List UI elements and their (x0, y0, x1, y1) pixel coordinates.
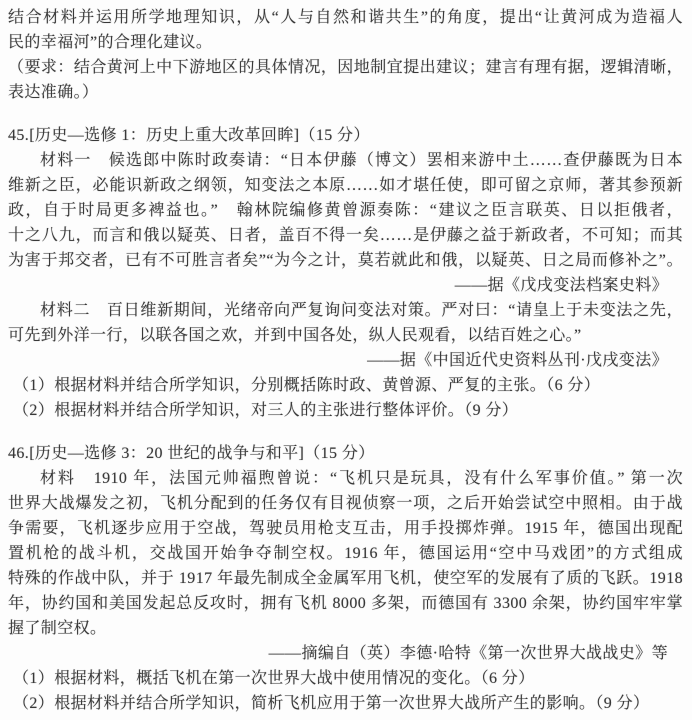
intro-line: 结合材料并运用所学地理知识，从“人与自然和谐共生”的角度，提出“让黄河成为造福人 (8, 5, 683, 30)
material-line: 材料 1910 年，法国元帅福煦曾说：“飞机只是玩具，没有什么军事价值。” 第一… (8, 466, 683, 491)
material-line: 争需要，飞机逐步应用于空战，驾驶员用枪支互击，用手投掷炸弹。1915 年，德国出… (8, 516, 683, 541)
material-1-line: 材料一 候选郎中陈时政奏请：“日本伊藤（博文）罢相来游中土……查伊藤既为日本 (8, 148, 683, 173)
material-line: 握了制空权。 (8, 616, 683, 641)
material-line: 特殊的作战中队，并于 1917 年最先制成全金属军用飞机，使空军的发展有了质的飞… (8, 566, 683, 591)
block-spacer (8, 423, 683, 441)
material-line: 世界大战爆发之初，飞机分配到的任务仅有目视侦察一项，之后开始尝试空中照相。由于战 (8, 491, 683, 516)
material-1-line: 十之八九，而言和俄以疑英、日者，盖百不得一矣……是伊藤之益于新政者，不可知；而其 (8, 223, 683, 248)
question-45-block: 45.[历史—选修 1：历史上重大改革回眸]（15 分） 材料一 候选郎中陈时政… (8, 123, 683, 423)
question-46-block: 46.[历史—选修 3：20 世纪的战争与和平]（15 分） 材料 1910 年… (8, 441, 683, 716)
material-line: 年，协约国和美国发起总反攻时，拥有飞机 8000 多架，而德国有 3300 余架… (8, 591, 683, 616)
source-citation: ——据《戊戌变法档案史料》 (8, 273, 683, 298)
question-46-heading: 46.[历史—选修 3：20 世纪的战争与和平]（15 分） (8, 441, 683, 466)
source-citation: ——据《中国近代史资料丛刊·戊戌变法》 (8, 348, 683, 373)
material-line: 置机枪的战斗机，交战国开始争夺制空权。1916 年，德国运用“空中马戏团”的方式… (8, 541, 683, 566)
material-1-line: 政，自于时局更多裨益也。” 翰林院编修黄曾源奏陈：“建议之臣言联英、日以拒俄者， (8, 198, 683, 223)
sub-question-2: （2）根据材料并结合所学知识，简析飞机应用于第一次世界大战所产生的影响。（9 分… (8, 691, 683, 716)
source-citation: ——摘编自（英）李德·哈特《第一次世界大战战史》等 (8, 641, 683, 666)
sub-question-1: （1）根据材料并结合所学知识，分别概括陈时政、黄曾源、严复的主张。（6 分） (8, 373, 683, 398)
intro-line: 民的幸福河”的合理化建议。 (8, 30, 683, 55)
question-45-heading: 45.[历史—选修 1：历史上重大改革回眸]（15 分） (8, 123, 683, 148)
material-2-line: 材料二 百日维新期间，光绪帝向严复询问变法对策。严对曰：“请皇上于未变法之先， (8, 298, 683, 323)
block-spacer (8, 105, 683, 123)
material-1-line: 为害于邦交者，已有不可胜言者矣”“为今之计，莫若就此和俄，以疑英、日之局而修补之… (8, 248, 683, 273)
material-2-line: 可先到外洋一行，以联各国之欢，并到中国各处，纵人民观看，以结百姓之心。” (8, 323, 683, 348)
intro-requirement-line: （要求：结合黄河上中下游地区的具体情况，因地制宜提出建议；建言有理有据，逻辑清晰… (8, 55, 683, 80)
exam-paper-page: 结合材料并运用所学地理知识，从“人与自然和谐共生”的角度，提出“让黄河成为造福人… (0, 0, 692, 720)
material-1-line: 维新之臣，必能识新政之纲领，知变法之本原……如才堪任使，即可留之京师，著其参预新 (8, 173, 683, 198)
sub-question-2: （2）根据材料并结合所学知识，对三人的主张进行整体评价。（9 分） (8, 398, 683, 423)
sub-question-1: （1）根据材料，概括飞机在第一次世界大战中使用情况的变化。（6 分） (8, 666, 683, 691)
intro-requirement-line: 表达准确。） (8, 80, 683, 105)
intro-block: 结合材料并运用所学地理知识，从“人与自然和谐共生”的角度，提出“让黄河成为造福人… (8, 5, 683, 105)
